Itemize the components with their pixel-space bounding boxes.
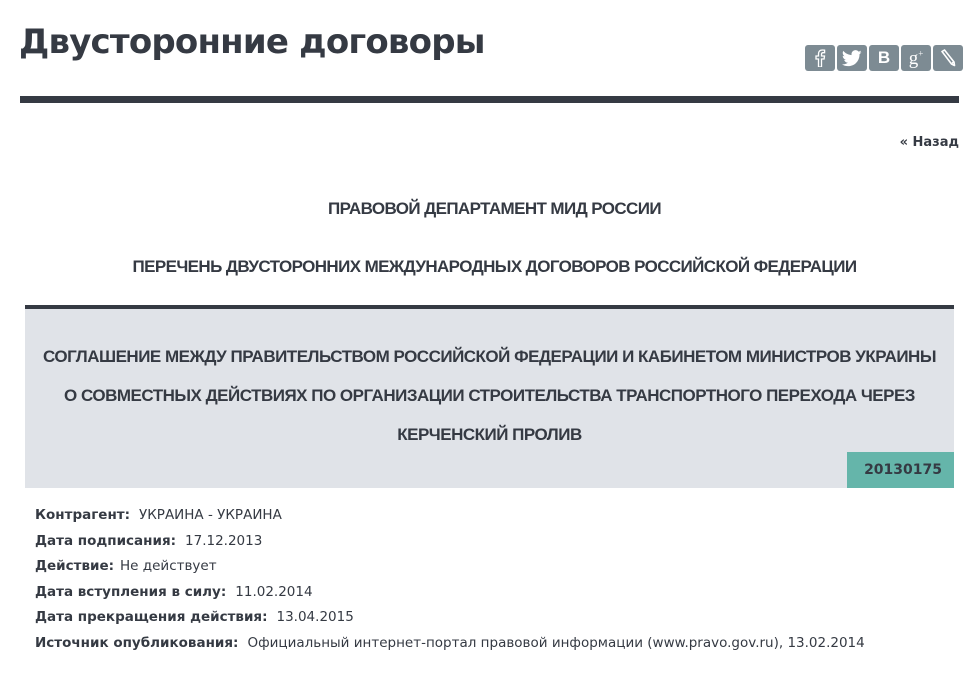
detail-row-publication-source: Источник опубликования:Официальный интер… [35, 631, 865, 657]
detail-label: Дата прекращения действия: [35, 609, 268, 625]
detail-value: 11.02.2014 [235, 584, 312, 600]
share-bar: B g+ [805, 45, 963, 71]
detail-row-signing-date: Дата подписания:17.12.2013 [35, 529, 865, 555]
share-twitter-button[interactable] [837, 45, 867, 71]
back-link[interactable]: « Назад [900, 135, 959, 150]
detail-row-effective-date: Дата вступления в силу:11.02.2014 [35, 580, 865, 606]
vk-icon: B [878, 48, 890, 68]
detail-label: Действие: [35, 558, 114, 574]
facebook-icon [814, 49, 826, 67]
detail-label: Дата подписания: [35, 533, 176, 549]
detail-value: 17.12.2013 [185, 533, 262, 549]
agreement-title-line: СОГЛАШЕНИЕ МЕЖДУ ПРАВИТЕЛЬСТВОМ РОССИЙСК… [25, 337, 954, 376]
detail-value: Официальный интернет-портал правовой инф… [247, 635, 864, 651]
share-google-plus-button[interactable]: g+ [901, 45, 931, 71]
share-livejournal-button[interactable] [933, 45, 963, 71]
detail-label: Дата вступления в силу: [35, 584, 226, 600]
detail-label: Источник опубликования: [35, 635, 238, 651]
detail-row-termination-date: Дата прекращения действия:13.04.2015 [35, 605, 865, 631]
department-heading: ПРАВОВОЙ ДЕПАРТАМЕНТ МИД РОССИИ [0, 199, 969, 219]
agreement-title-line: КЕРЧЕНСКИЙ ПРОЛИВ [25, 415, 954, 454]
detail-label: Контрагент: [35, 507, 130, 523]
agreement-number-badge: 20130175 [847, 452, 954, 488]
agreement-details: Контрагент:УКРАИНА - УКРАИНА Дата подпис… [35, 503, 865, 656]
share-vk-button[interactable]: B [869, 45, 899, 71]
detail-row-status: Действие:Не действует [35, 554, 865, 580]
detail-value: 13.04.2015 [277, 609, 354, 625]
title-divider [20, 96, 959, 103]
detail-row-counterparty: Контрагент:УКРАИНА - УКРАИНА [35, 503, 865, 529]
agreement-title-line: О СОВМЕСТНЫХ ДЕЙСТВИЯХ ПО ОРГАНИЗАЦИИ СТ… [25, 376, 954, 415]
detail-value: УКРАИНА - УКРАИНА [139, 507, 282, 523]
detail-value: Не действует [120, 558, 217, 574]
google-plus-icon: g+ [909, 49, 924, 68]
share-facebook-button[interactable] [805, 45, 835, 71]
livejournal-pencil-icon [939, 49, 957, 67]
treaty-list-heading: ПЕРЕЧЕНЬ ДВУСТОРОННИХ МЕЖДУНАРОДНЫХ ДОГО… [0, 257, 969, 277]
agreement-title: СОГЛАШЕНИЕ МЕЖДУ ПРАВИТЕЛЬСТВОМ РОССИЙСК… [25, 337, 954, 454]
agreement-card: СОГЛАШЕНИЕ МЕЖДУ ПРАВИТЕЛЬСТВОМ РОССИЙСК… [25, 305, 954, 488]
page-title: Двусторонние договоры [19, 22, 485, 62]
page: Двусторонние договоры B g+ « Назад ПРАВО… [0, 0, 969, 678]
twitter-icon [842, 50, 862, 67]
